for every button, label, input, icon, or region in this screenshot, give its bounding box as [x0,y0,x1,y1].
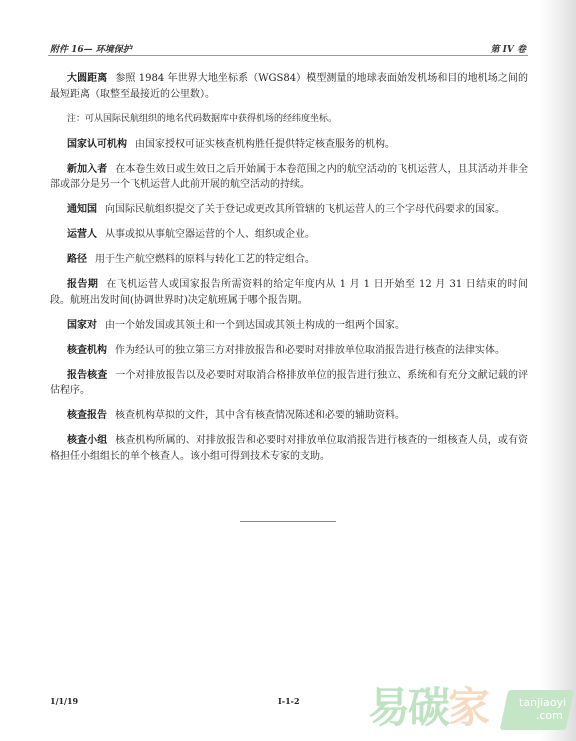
definition-term: 通知国 [67,204,97,215]
header-annex-title: 附件 16— 环境保护 [50,42,132,55]
footer-page-number: I-1-2 [278,696,300,706]
definition-text: 在本卷生效日或生效日之后开始属于本卷范围之内的航空活动的飞机运营人，且其活动并非… [50,164,528,191]
definition-text: 核查机构所属的、对排放报告和必要时对排放单位取消报告进行核查的一组核查人员，或有… [50,435,528,462]
definition-pathway: 路径用于生产航空燃料的原料与转化工艺的特定组合。 [50,252,528,268]
footer-date: 1/1/19 [50,696,78,706]
watermark-green-text: 易碳 [368,683,448,732]
definition-reporting-period: 报告期在飞机运营人或国家报告所需资料的给定年度内从 1 月 1 日开始至 12 … [50,277,528,308]
definition-text: 由国家授权可证实核查机构胜任提供特定核查服务的机构。 [135,139,395,150]
definition-term: 核查机构 [67,345,107,356]
definition-national-accreditation-body: 国家认可机构由国家授权可证实核查机构胜任提供特定核查服务的机构。 [50,137,528,153]
definition-text: 核查机构草拟的文件，其中含有核查情况陈述和必要的辅助资料。 [115,410,405,421]
definition-text: 在飞机运营人或国家报告所需资料的给定年度内从 1 月 1 日开始至 12 月 3… [50,279,528,306]
definition-state-pair: 国家对由一个始发国或其领土和一个到达国或其领土构成的一组两个国家。 [50,318,528,334]
definition-text: 一个对排放报告以及必要时对取消合格排放单位的报告进行独立、系统和有充分文献记载的… [50,370,528,397]
definition-term: 核查报告 [67,410,107,421]
watermark-logo: 易碳家 tanjiaoyi .com [368,682,574,738]
definition-verification-report: 核查报告核查机构草拟的文件，其中含有核查情况陈述和必要的辅助资料。 [50,408,528,424]
definition-term: 报告核查 [67,370,107,381]
definition-term: 路径 [67,254,87,265]
definition-term: 运营人 [67,229,97,240]
definitions-body: 大圆距离参照 1984 年世界大地坐标系（WGS84）模型测量的地球表面始发机场… [50,71,528,474]
watermark-domain-line2: .com [503,709,569,722]
definition-notifying-state: 通知国向国际民航组织提交了关于登记或更改其所管辖的飞机运营人的三个字母代码要求的… [50,202,528,218]
definition-text: 从事或拟从事航空器运营的个人、组织或企业。 [105,229,315,240]
section-end-divider [240,521,336,522]
definition-verification-team: 核查小组核查机构所属的、对排放报告和必要时对排放单位取消报告进行核查的一组核查人… [50,433,528,464]
watermark-domain-badge: tanjiaoyi .com [500,690,575,730]
definition-term: 报告期 [67,279,98,290]
page-edge-shadow [540,0,576,741]
watermark-domain-line1: tanjiaoyi [506,690,572,709]
definition-text: 向国际民航组织提交了关于登记或更改其所管辖的飞机运营人的三个字母代码要求的国家。 [105,204,505,215]
definition-great-circle-distance: 大圆距离参照 1984 年世界大地坐标系（WGS84）模型测量的地球表面始发机场… [50,71,528,102]
definition-text: 用于生产航空燃料的原料与转化工艺的特定组合。 [95,254,315,265]
definition-new-entrant: 新加入者在本卷生效日或生效日之后开始属于本卷范围之内的航空活动的飞机运营人，且其… [50,162,528,193]
watermark-orange-text: 家 [448,683,488,732]
definition-term: 国家对 [67,320,97,331]
definition-term: 核查小组 [67,435,107,446]
definition-operator: 运营人从事或拟从事航空器运营的个人、组织或企业。 [50,227,528,243]
header-volume: 第 IV 卷 [491,42,526,55]
definition-text: 参照 1984 年世界大地坐标系（WGS84）模型测量的地球表面始发机场和目的地… [50,73,528,100]
definition-term: 新加入者 [67,164,107,175]
definition-term: 大圆距离 [67,73,107,84]
note: 注：可从国际民航组织的地名代码数据库中获得机场的经纬度坐标。 [50,112,528,128]
definition-term: 国家认可机构 [67,139,127,150]
watermark-brand-text: 易碳家 [368,682,488,734]
definition-text: 由一个始发国或其领土和一个到达国或其领土构成的一组两个国家。 [105,320,405,331]
definition-text: 作为经认可的独立第三方对排放报告和必要时对排放单位取消报告进行核查的法律实体。 [115,345,505,356]
page-header: 附件 16— 环境保护 第 IV 卷 [48,40,528,56]
definition-verification-body: 核查机构作为经认可的独立第三方对排放报告和必要时对排放单位取消报告进行核查的法律… [50,343,528,359]
definition-verification-of-report: 报告核查一个对排放报告以及必要时对取消合格排放单位的报告进行独立、系统和有充分文… [50,368,528,399]
